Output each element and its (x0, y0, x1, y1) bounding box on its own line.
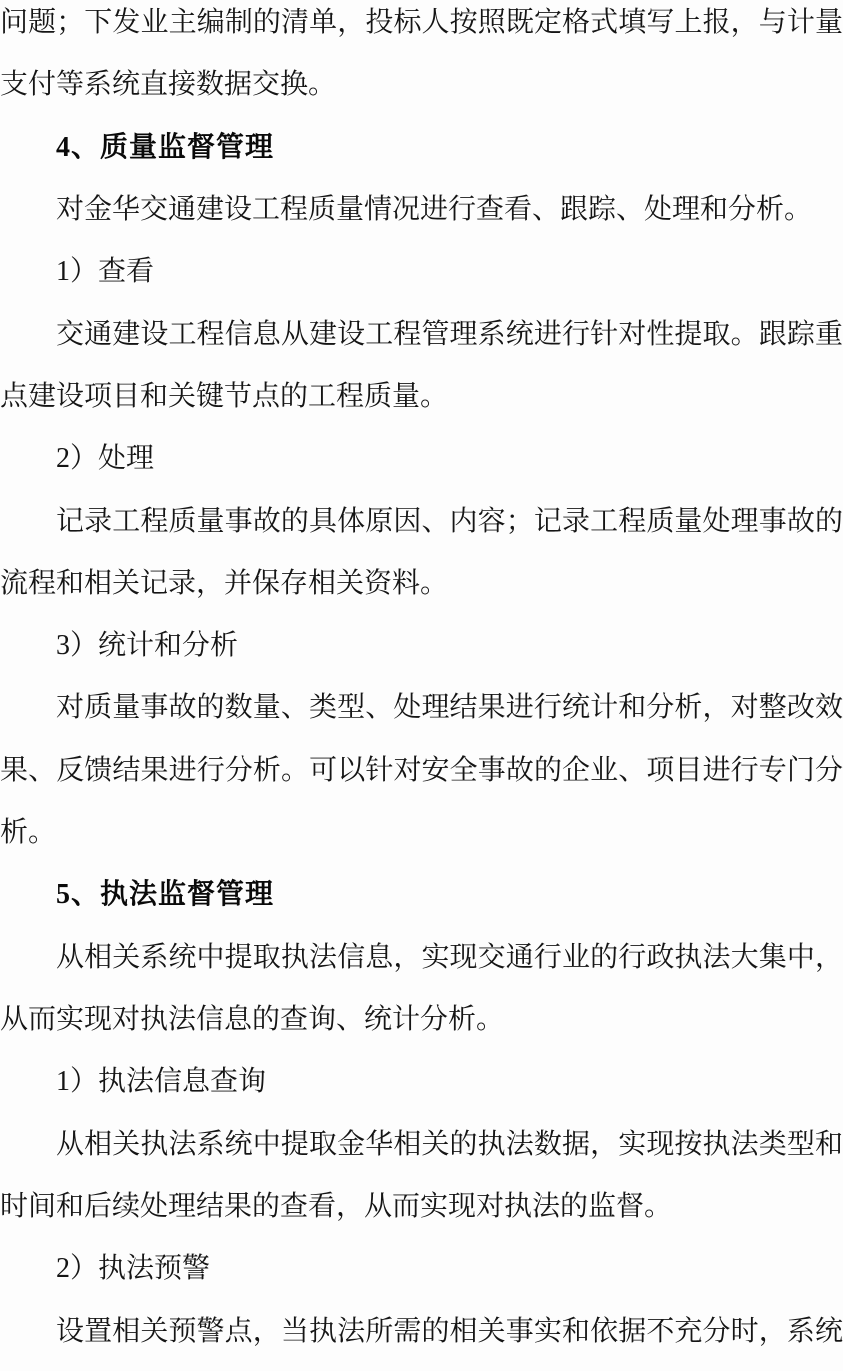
text-line: 析。 (0, 802, 843, 864)
text-line: 记录工程质量事故的具体原因、内容；记录工程质量处理事故的 (0, 491, 843, 553)
text-line: 从相关执法系统中提取金华相关的执法数据，实现按执法类型和 (0, 1114, 843, 1176)
document-body: 问题；下发业主编制的清单，投标人按照既定格式填写上报，与计量支付等系统直接数据交… (0, 0, 843, 1363)
text-line: 果、反馈结果进行分析。可以针对安全事故的企业、项目进行专门分 (0, 740, 843, 802)
text-line: 从相关系统中提取执法信息，实现交通行业的行政执法大集中， (0, 927, 843, 989)
document-page: 问题；下发业主编制的清单，投标人按照既定格式填写上报，与计量支付等系统直接数据交… (0, 0, 843, 1371)
text-line: 支付等系统直接数据交换。 (0, 54, 843, 116)
text-line: 问题；下发业主编制的清单，投标人按照既定格式填写上报，与计量 (0, 0, 843, 54)
text-line: 2）执法预警 (0, 1238, 843, 1300)
section-heading: 4、质量监督管理 (0, 117, 843, 179)
text-line: 对金华交通建设工程质量情况进行查看、跟踪、处理和分析。 (0, 179, 843, 241)
text-line: 时间和后续处理结果的查看，从而实现对执法的监督。 (0, 1176, 843, 1238)
text-line: 对质量事故的数量、类型、处理结果进行统计和分析，对整改效 (0, 677, 843, 739)
text-line: 交通建设工程信息从建设工程管理系统进行针对性提取。跟踪重 (0, 304, 843, 366)
text-line: 流程和相关记录，并保存相关资料。 (0, 553, 843, 615)
text-line: 3）统计和分析 (0, 615, 843, 677)
text-line: 2）处理 (0, 428, 843, 490)
text-line: 从而实现对执法信息的查询、统计分析。 (0, 989, 843, 1051)
text-line: 设置相关预警点，当执法所需的相关事实和依据不充分时，系统 (0, 1301, 843, 1363)
text-line: 1）查看 (0, 241, 843, 303)
text-line: 点建设项目和关键节点的工程质量。 (0, 366, 843, 428)
text-line: 1）执法信息查询 (0, 1051, 843, 1113)
section-heading: 5、执法监督管理 (0, 864, 843, 926)
